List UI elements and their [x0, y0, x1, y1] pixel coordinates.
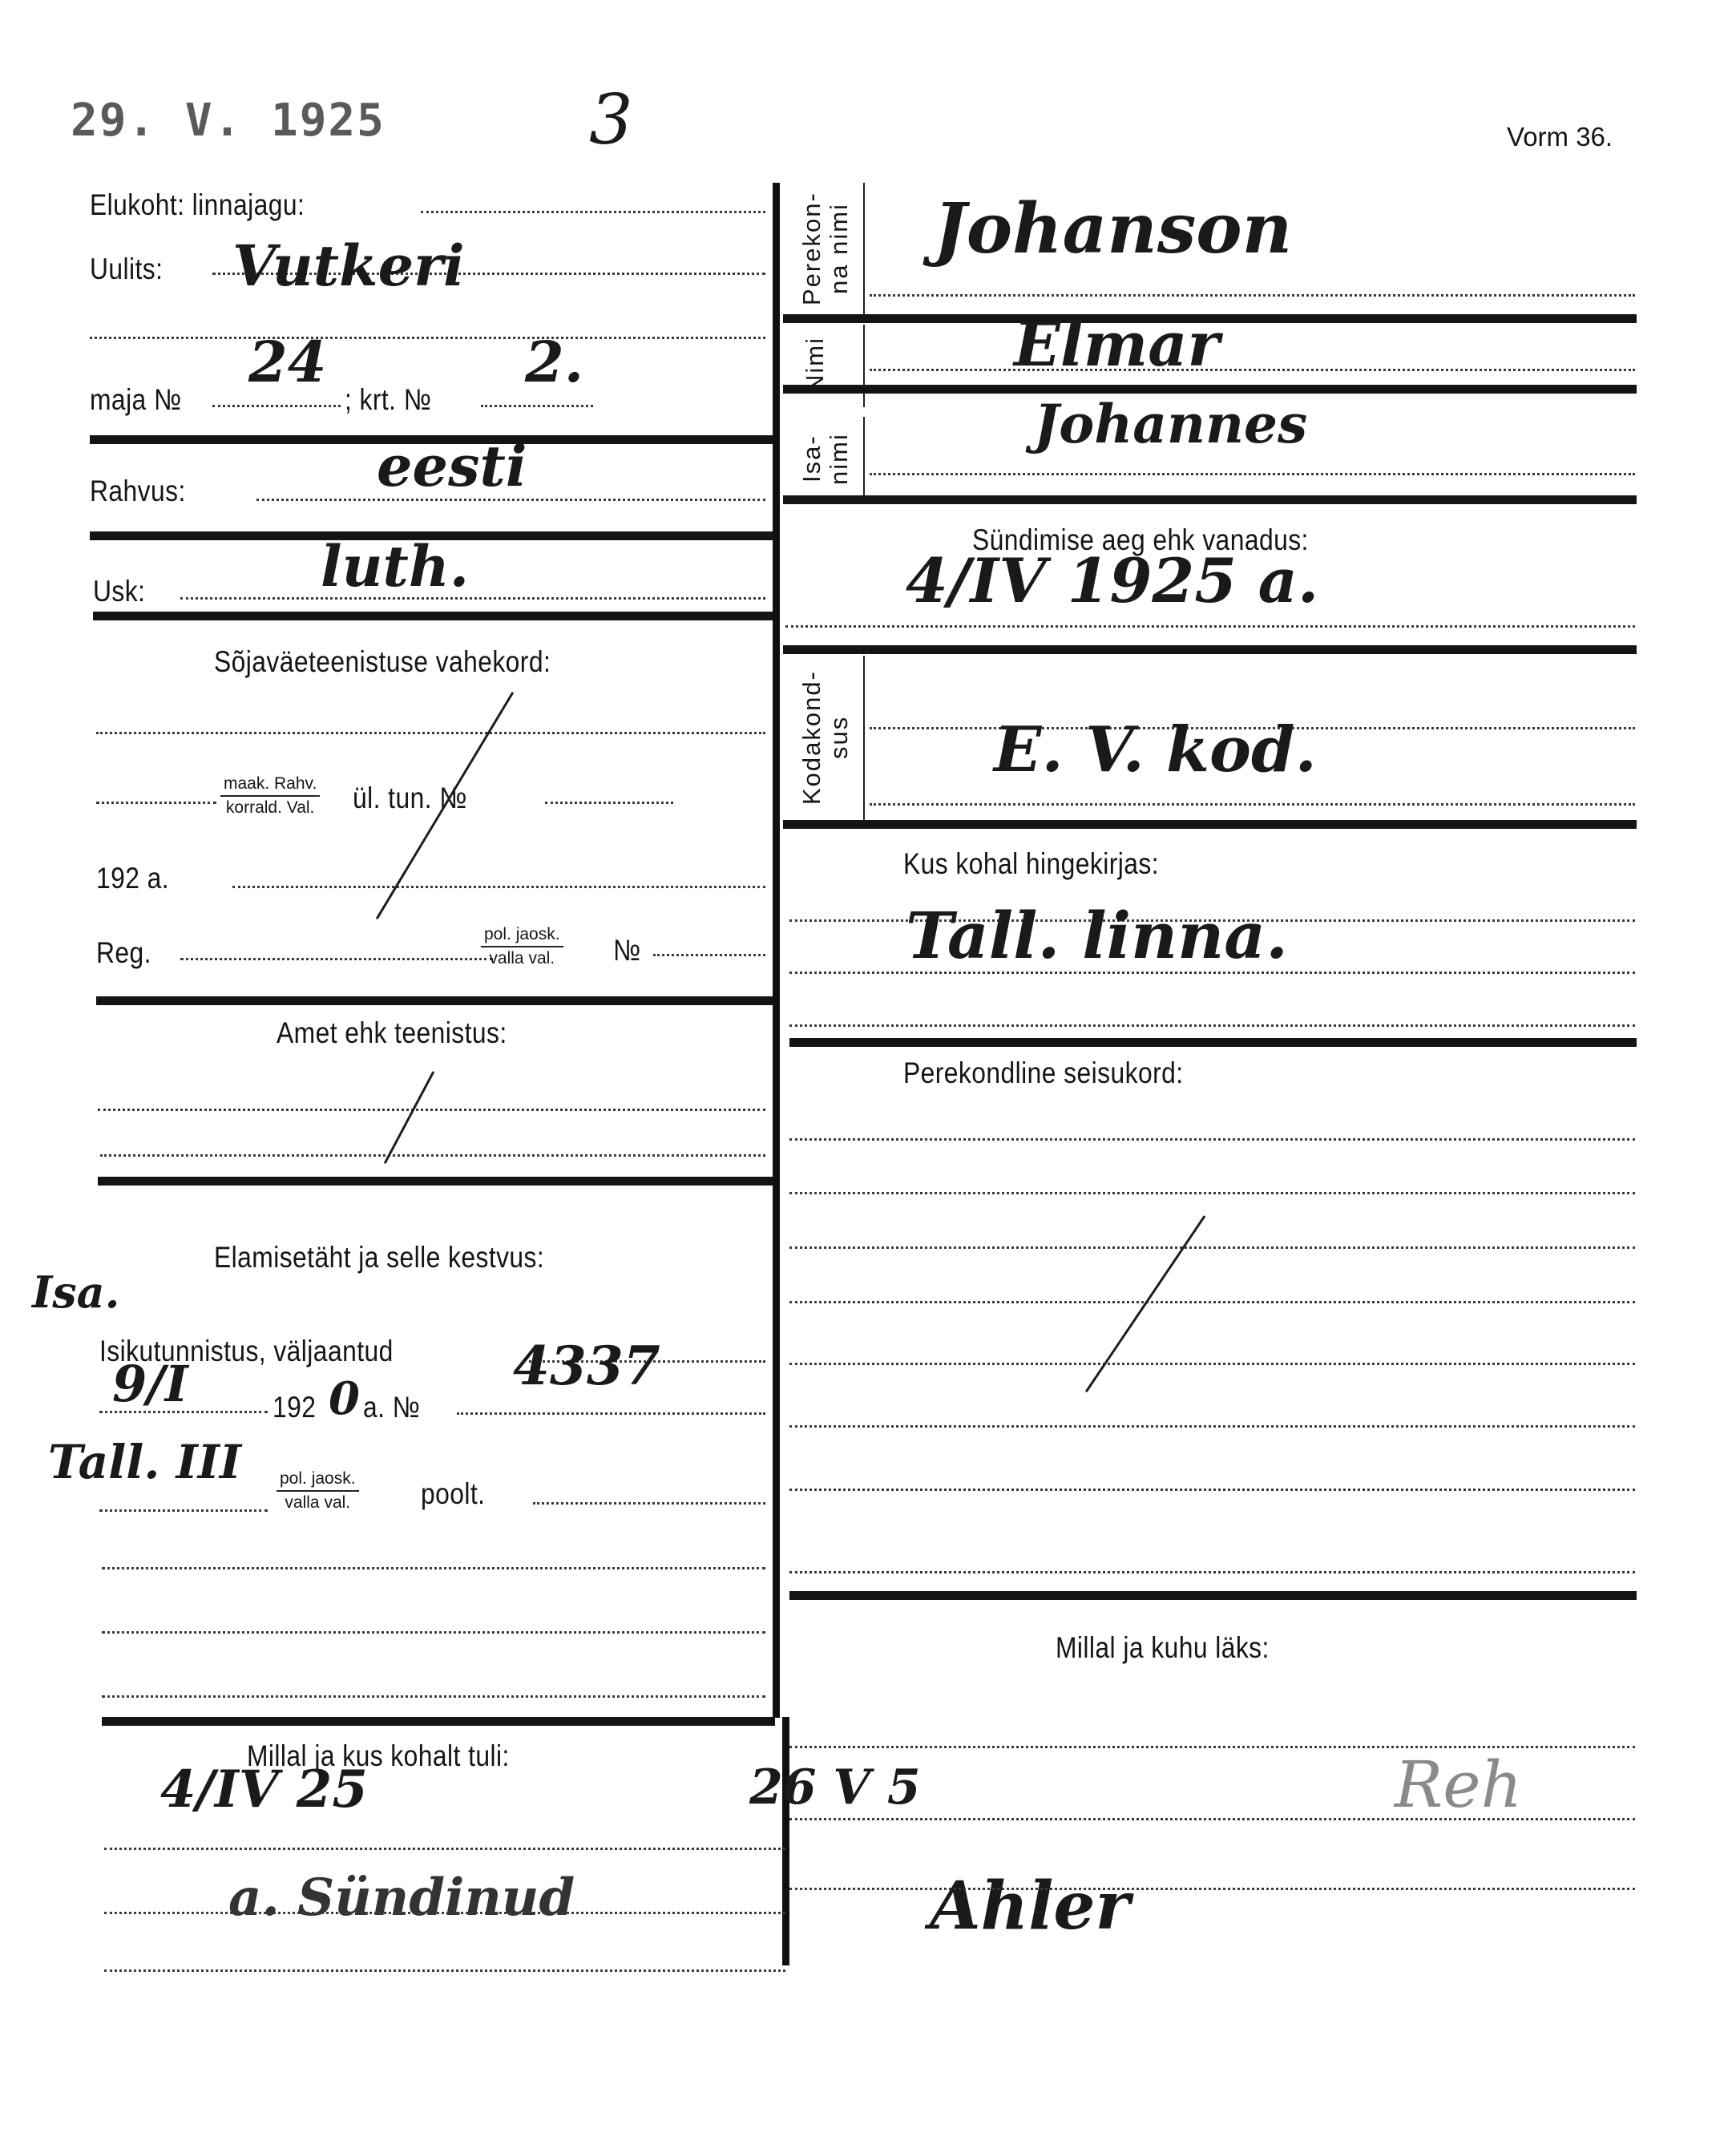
father-name-field[interactable]: [870, 473, 1635, 475]
permit-field-3[interactable]: [102, 1567, 765, 1569]
issuer-frac-bottom: valla val.: [281, 1492, 353, 1513]
registry-title: Kus kohal hingekirjas:: [903, 847, 1159, 881]
father-name-label: Isa- nimi: [798, 421, 854, 497]
house-field[interactable]: [212, 405, 341, 407]
reg-label: Reg.: [96, 936, 151, 970]
residence-permit-title: Elamisetäht ja selle kestvus:: [214, 1241, 544, 1275]
issuer-frac-top: pol. jaosk.: [277, 1468, 359, 1492]
arrival-field-3[interactable]: [104, 1969, 785, 1972]
citizenship-field-2[interactable]: [870, 803, 1635, 806]
citizenship-label: Kodakond- sus: [798, 657, 854, 818]
religion-label: Usk:: [93, 575, 145, 608]
cert-field[interactable]: [545, 802, 673, 804]
permit-field-4[interactable]: [102, 1631, 765, 1634]
first-name-field[interactable]: [870, 369, 1635, 371]
arrival-field-1[interactable]: [104, 1848, 785, 1850]
surname-label: Perekon- na nimi: [798, 183, 854, 315]
issuer-fraction: pol. jaosk. valla val.: [277, 1468, 359, 1513]
arrival-place-value: a. Sündinud: [228, 1868, 575, 1928]
occupation-field-1[interactable]: [98, 1109, 765, 1111]
street-label: Uulits:: [90, 252, 163, 286]
reg-field[interactable]: [180, 958, 493, 960]
registry-field-2[interactable]: [789, 972, 1635, 974]
religion-value: luth.: [321, 533, 469, 600]
departure-title: Millal ja kuhu läks:: [1056, 1631, 1270, 1665]
issuer-value: Tall. III: [48, 1435, 241, 1489]
year-value: 0: [329, 1372, 360, 1425]
district-label: Elukoht: linnajagu:: [90, 188, 305, 222]
nationality-value: eesti: [377, 433, 527, 499]
year-label: 192 a.: [96, 862, 169, 895]
birth-field[interactable]: [785, 625, 1635, 628]
occupation-title: Amet ehk teenistus:: [277, 1016, 507, 1050]
margin-note: Isa.: [32, 1266, 119, 1318]
pencil-signature: Reh: [1395, 1747, 1522, 1822]
marital-title: Perekondline seisukord:: [903, 1056, 1184, 1090]
rule-after-father-name: [783, 495, 1637, 504]
issuer-field-2[interactable]: [533, 1502, 765, 1505]
rule-after-marital: [789, 1591, 1637, 1600]
registry-field-3[interactable]: [789, 1024, 1635, 1027]
military-title: Sõjaväeteenistuse vahekord:: [214, 645, 551, 679]
id-number-value: 4337: [513, 1335, 660, 1397]
marital-strike-stroke: [1085, 1215, 1206, 1392]
departure-signature: Ahler: [930, 1868, 1130, 1945]
marital-field-1[interactable]: [789, 1138, 1635, 1141]
label-col-divider-1: [863, 183, 865, 317]
reg-no-field[interactable]: [653, 954, 765, 956]
permit-field-5[interactable]: [102, 1695, 765, 1698]
label-col-divider-4: [863, 656, 865, 820]
military-field-1[interactable]: [96, 732, 765, 734]
rule-after-birth: [783, 645, 1637, 654]
marital-field-4[interactable]: [789, 1301, 1635, 1303]
house-value: 24: [248, 329, 326, 395]
religion-field[interactable]: [180, 597, 765, 600]
issuer-suffix: poolt.: [421, 1477, 485, 1511]
surname-field[interactable]: [870, 294, 1635, 297]
departure-date-value: 26 V 5: [749, 1759, 921, 1816]
label-col-divider-2: [863, 325, 865, 407]
id-number-field[interactable]: [457, 1412, 765, 1415]
reg-frac-top: pol. jaosk.: [481, 924, 563, 947]
rule-after-permit: [102, 1717, 775, 1726]
rule-after-occupation: [98, 1177, 773, 1186]
reg-no-label: №: [613, 934, 641, 967]
military-fraction: maak. Rahv. korrald. Val.: [220, 774, 320, 818]
surname-value: Johanson: [934, 188, 1292, 269]
year-field[interactable]: [232, 886, 765, 888]
military-frac-top: maak. Rahv.: [220, 774, 320, 797]
marital-field-6[interactable]: [789, 1425, 1635, 1428]
arrival-field-2[interactable]: [104, 1912, 785, 1914]
apartment-label: ; krt. №: [345, 383, 431, 417]
street-field-2[interactable]: [90, 337, 765, 339]
marital-field-3[interactable]: [789, 1246, 1635, 1249]
id-day-value: 9/I: [112, 1355, 188, 1413]
label-col-divider-3: [863, 417, 865, 497]
rule-after-military: [96, 996, 773, 1005]
handwritten-number: 3: [589, 80, 633, 160]
registry-value: Tall. linna.: [906, 898, 1288, 973]
year-suffix: a. №: [363, 1391, 420, 1424]
reg-fraction: pol. jaosk. valla val.: [481, 924, 563, 969]
date-stamp: 29. V. 1925: [71, 95, 386, 147]
house-label: maja №: [90, 383, 182, 417]
marital-field-8[interactable]: [789, 1571, 1635, 1573]
occupation-field-2[interactable]: [100, 1154, 765, 1157]
nationality-label: Rahvus:: [90, 475, 186, 508]
year-prefix: 192: [273, 1391, 316, 1424]
first-name-value: Elmar: [1014, 309, 1220, 380]
issuer-field[interactable]: [99, 1509, 268, 1512]
rule-after-religion: [93, 612, 773, 620]
district-field[interactable]: [421, 211, 765, 213]
rule-after-registry: [789, 1038, 1637, 1047]
citizenship-value: E. V. kod.: [994, 713, 1317, 786]
reg-frac-bottom: valla val.: [486, 947, 558, 969]
marital-field-2[interactable]: [789, 1192, 1635, 1194]
apartment-value: 2.: [525, 329, 583, 395]
departure-field-3[interactable]: [789, 1888, 1635, 1890]
form-number: Vorm 36.: [1507, 122, 1613, 152]
military-frac-bottom: korrald. Val.: [223, 797, 318, 818]
arrival-date-value: 4/IV 25: [160, 1759, 368, 1820]
rule-after-citizenship: [783, 820, 1637, 829]
marital-field-7[interactable]: [789, 1489, 1635, 1491]
military-field-2[interactable]: [96, 802, 216, 804]
street-value: Vutkeri: [232, 232, 465, 299]
marital-field-5[interactable]: [789, 1363, 1635, 1365]
apartment-field[interactable]: [481, 405, 593, 407]
id-date-field[interactable]: [99, 1411, 268, 1413]
occupation-strike-stroke: [384, 1071, 435, 1164]
birth-value: 4/IV 1925 a.: [906, 545, 1318, 616]
center-divider: [773, 183, 780, 1718]
center-divider-lower: [782, 1717, 789, 1965]
father-name-value: Johannes: [1034, 393, 1307, 455]
